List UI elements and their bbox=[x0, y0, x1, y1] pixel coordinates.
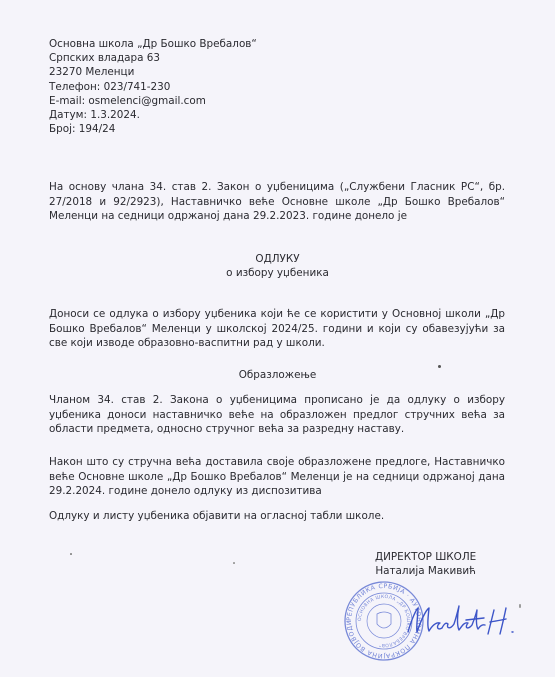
document-date: Датум: 1.3.2024. bbox=[49, 108, 257, 122]
director-title: ДИРЕКТОР ШКОЛЕ bbox=[375, 551, 476, 565]
document-page: Основна школа „Др Бошко Вребалов“ Српски… bbox=[0, 0, 555, 677]
preamble-paragraph: На основу члана 34. став 2. Закон о уџбе… bbox=[49, 180, 505, 224]
scan-speck bbox=[70, 553, 72, 555]
school-street: Српских владара 63 bbox=[49, 51, 257, 65]
school-phone: Телефон: 023/741-230 bbox=[49, 80, 257, 94]
decision-subtitle: о избору уџбеника bbox=[0, 266, 555, 281]
school-city: 23270 Меленци bbox=[49, 65, 257, 79]
school-name: Основна школа „Др Бошко Вребалов“ bbox=[49, 37, 257, 51]
scan-speck bbox=[233, 562, 235, 564]
reasoning-paragraph-1: Чланом 34. став 2. Закона о уџбеницима п… bbox=[49, 393, 505, 437]
scan-speck bbox=[519, 604, 521, 608]
handwritten-signature-icon bbox=[402, 596, 522, 646]
reasoning-paragraph-3: Одлуку и листу уџбеника објавити на огла… bbox=[49, 509, 505, 524]
reasoning-title: Образложење bbox=[0, 368, 555, 383]
decision-body: Доноси се одлука о избору уџбеника који … bbox=[49, 307, 505, 351]
school-email: E-mail: osmelenci@gmail.com bbox=[49, 94, 257, 108]
reasoning-paragraph-2: Након што су стручна већа доставила свој… bbox=[49, 455, 505, 499]
scan-speck bbox=[438, 365, 441, 368]
director-name: Наталија Макивић bbox=[375, 565, 476, 579]
signature-block: ДИРЕКТОР ШКОЛЕ Наталија Макивић bbox=[375, 551, 476, 578]
letterhead: Основна школа „Др Бошко Вребалов“ Српски… bbox=[49, 37, 257, 136]
decision-title: ОДЛУКУ bbox=[0, 252, 555, 267]
document-number: Број: 194/24 bbox=[49, 122, 257, 136]
